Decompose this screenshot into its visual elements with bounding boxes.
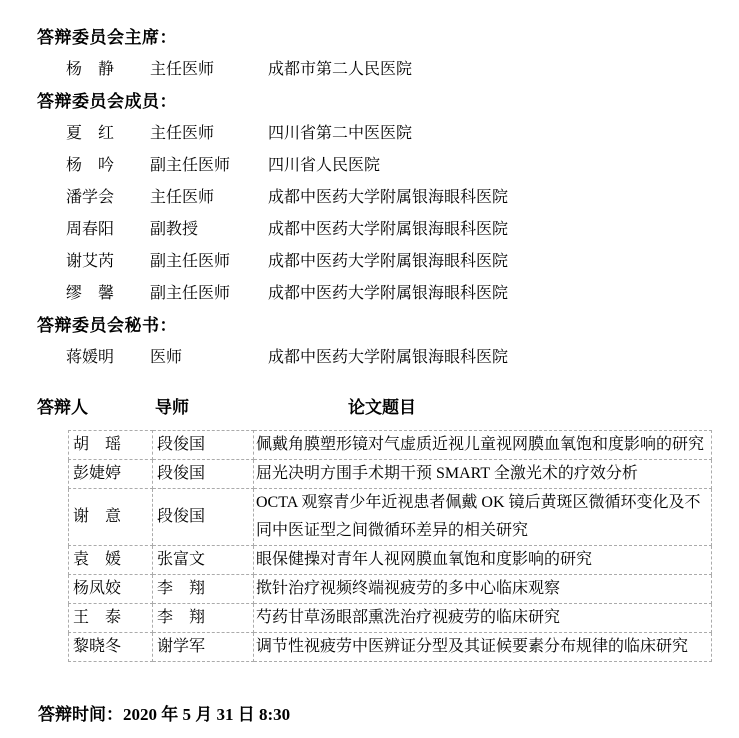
- member-name: 缪 馨: [66, 278, 150, 310]
- member-hospital: 成都市第二人民医院: [268, 54, 739, 86]
- advisor-cell: 李 翔: [153, 604, 254, 633]
- table-row: 彭婕婷 段俊国 屈光决明方围手术期干预 SMART 全激光术的疗效分析: [69, 460, 712, 489]
- member-row: 杨 吟 副主任医师 四川省人民医院: [0, 150, 739, 182]
- defense-table: 胡 瑶 段俊国 佩戴角膜塑形镜对气虚质近视儿童视网膜血氧饱和度影响的研究 彭婕婷…: [68, 430, 712, 662]
- table-row: 胡 瑶 段俊国 佩戴角膜塑形镜对气虚质近视儿童视网膜血氧饱和度影响的研究: [69, 431, 712, 460]
- committee-roster: 答辩委员会主席： 杨 静 主任医师 成都市第二人民医院 答辩委员会成员： 夏 红…: [0, 0, 739, 374]
- thesis-cell: 眼保健操对青年人视网膜血氧饱和度影响的研究: [254, 546, 712, 575]
- defender-cell: 彭婕婷: [69, 460, 153, 489]
- thesis-cell: OCTA 观察青少年近视患者佩戴 OK 镜后黄斑区微循环变化及不同中医证型之间微…: [254, 489, 712, 546]
- member-hospital: 成都中医药大学附属银海眼科医院: [268, 342, 739, 374]
- defender-cell: 袁 媛: [69, 546, 153, 575]
- member-row: 谢艾芮 副主任医师 成都中医药大学附属银海眼科医院: [0, 246, 739, 278]
- thesis-cell: 揿针治疗视频终端视疲劳的多中心临床观察: [254, 575, 712, 604]
- table-header: 答辩人 导师 论文题目: [0, 394, 739, 422]
- member-job: 副主任医师: [150, 150, 268, 182]
- section-title-chair: 答辩委员会主席：: [0, 22, 739, 54]
- advisor-cell: 谢学军: [153, 633, 254, 662]
- advisor-cell: 段俊国: [153, 431, 254, 460]
- member-name: 杨 静: [66, 54, 150, 86]
- defense-time: 答辩时间：2020 年 5 月 31 日 8:30: [0, 706, 739, 724]
- member-job: 副主任医师: [150, 246, 268, 278]
- member-hospital: 成都中医药大学附属银海眼科医院: [268, 246, 739, 278]
- advisor-cell: 张富文: [153, 546, 254, 575]
- member-hospital: 成都中医药大学附属银海眼科医院: [268, 182, 739, 214]
- member-row: 夏 红 主任医师 四川省第二中医医院: [0, 118, 739, 150]
- thesis-cell: 屈光决明方围手术期干预 SMART 全激光术的疗效分析: [254, 460, 712, 489]
- thesis-cell: 芍药甘草汤眼部熏洗治疗视疲劳的临床研究: [254, 604, 712, 633]
- section-title-members: 答辩委员会成员：: [0, 86, 739, 118]
- member-name: 谢艾芮: [66, 246, 150, 278]
- column-header-advisor: 导师: [155, 394, 189, 422]
- defender-cell: 黎晓冬: [69, 633, 153, 662]
- advisor-cell: 段俊国: [153, 460, 254, 489]
- defender-cell: 谢 意: [69, 489, 153, 546]
- member-name: 杨 吟: [66, 150, 150, 182]
- column-header-thesis: 论文题目: [348, 394, 416, 422]
- member-job: 主任医师: [150, 182, 268, 214]
- document-page: 答辩委员会主席： 杨 静 主任医师 成都市第二人民医院 答辩委员会成员： 夏 红…: [0, 0, 739, 738]
- defender-cell: 胡 瑶: [69, 431, 153, 460]
- member-hospital: 成都中医药大学附属银海眼科医院: [268, 214, 739, 246]
- member-hospital: 四川省第二中医医院: [268, 118, 739, 150]
- member-job: 医师: [150, 342, 268, 374]
- member-job: 主任医师: [150, 54, 268, 86]
- member-job: 副主任医师: [150, 278, 268, 310]
- member-row: 周春阳 副教授 成都中医药大学附属银海眼科医院: [0, 214, 739, 246]
- advisor-cell: 李 翔: [153, 575, 254, 604]
- defender-cell: 杨凤姣: [69, 575, 153, 604]
- member-row: 杨 静 主任医师 成都市第二人民医院: [0, 54, 739, 86]
- member-name: 周春阳: [66, 214, 150, 246]
- member-name: 蒋媛明: [66, 342, 150, 374]
- column-header-defender: 答辩人: [37, 394, 88, 422]
- member-row: 潘学会 主任医师 成都中医药大学附属银海眼科医院: [0, 182, 739, 214]
- member-job: 副教授: [150, 214, 268, 246]
- member-name: 潘学会: [66, 182, 150, 214]
- member-job: 主任医师: [150, 118, 268, 150]
- defense-time-label: 答辩时间：: [38, 705, 123, 724]
- defender-cell: 王 泰: [69, 604, 153, 633]
- member-row: 蒋媛明 医师 成都中医药大学附属银海眼科医院: [0, 342, 739, 374]
- section-title-secretary: 答辩委员会秘书：: [0, 310, 739, 342]
- table-row: 袁 媛 张富文 眼保健操对青年人视网膜血氧饱和度影响的研究: [69, 546, 712, 575]
- table-row: 黎晓冬 谢学军 调节性视疲劳中医辨证分型及其证候要素分布规律的临床研究: [69, 633, 712, 662]
- member-hospital: 四川省人民医院: [268, 150, 739, 182]
- defense-time-value: 2020 年 5 月 31 日 8:30: [123, 705, 290, 724]
- member-row: 缪 馨 副主任医师 成都中医药大学附属银海眼科医院: [0, 278, 739, 310]
- table-row: 杨凤姣 李 翔 揿针治疗视频终端视疲劳的多中心临床观察: [69, 575, 712, 604]
- thesis-cell: 调节性视疲劳中医辨证分型及其证候要素分布规律的临床研究: [254, 633, 712, 662]
- table-row: 谢 意 段俊国 OCTA 观察青少年近视患者佩戴 OK 镜后黄斑区微循环变化及不…: [69, 489, 712, 546]
- advisor-cell: 段俊国: [153, 489, 254, 546]
- thesis-cell: 佩戴角膜塑形镜对气虚质近视儿童视网膜血氧饱和度影响的研究: [254, 431, 712, 460]
- member-hospital: 成都中医药大学附属银海眼科医院: [268, 278, 739, 310]
- member-name: 夏 红: [66, 118, 150, 150]
- table-row: 王 泰 李 翔 芍药甘草汤眼部熏洗治疗视疲劳的临床研究: [69, 604, 712, 633]
